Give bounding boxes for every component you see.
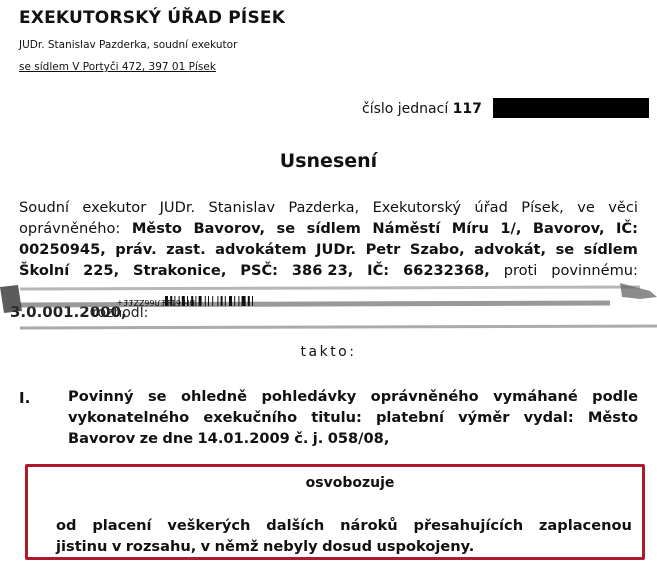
text-line: vykonatelnéhoexekučníhotitulu:platebnívý… [68, 407, 638, 428]
redaction-bar [493, 98, 649, 118]
text-line: odplaceníveškerýchdalšíchnárokůpřesahují… [56, 515, 632, 536]
office-name: EXEKUTORSKÝ ÚŘAD PÍSEK [19, 8, 285, 28]
text-line: oprávněného:MěstoBavorov,sesídlemNáměstí… [19, 218, 638, 239]
item-text: Povinnýseohledněpohledávkyoprávněnéhovym… [68, 386, 638, 449]
reference-number-visible: 117 [453, 101, 482, 117]
svg-text:BH 61££Л66ZZ££+: BH 61££Л66ZZ££+ [117, 298, 195, 307]
text-line: SoudníexekutorJUDr.StanislavPazderka,Exe… [19, 197, 638, 218]
highlight-verb: osvobozuje [28, 475, 642, 491]
redaction-scribble: 3.0.001.2000, rozhodl: BH 61££Л66ZZ££+ [0, 283, 657, 333]
reference-number: číslo jednací 117 [362, 101, 482, 117]
intro-paragraph: SoudníexekutorJUDr.StanislavPazderka,Exe… [19, 197, 638, 281]
document-title: Usnesení [0, 150, 657, 172]
text-line: Školní225,Strakonice,PSČ:386 23,IČ:66232… [19, 260, 638, 281]
highlight-box: osvobozuje odplaceníveškerýchdalšíchnáro… [25, 464, 645, 560]
highlight-text: odplaceníveškerýchdalšíchnárokůpřesahují… [56, 515, 632, 557]
executor-name: JUDr. Stanislav Pazderka, soudní exekuto… [19, 39, 237, 51]
reference-label: číslo jednací [362, 101, 448, 117]
item-numeral: I. [19, 389, 30, 407]
text-line: jistinuvrozsahu,vněmžnebylydosuduspokoje… [56, 536, 632, 557]
text-line: Bavorovzedne14.01.2009č.j.058/08, [68, 428, 638, 449]
text-line: Povinnýseohledněpohledávkyoprávněnéhovym… [68, 386, 638, 407]
decision-intro: takto: [0, 344, 657, 360]
text-line: 00250945,práv.zast.advokátemJUDr.PetrSza… [19, 239, 638, 260]
office-address: se sídlem V Portyči 472, 397 01 Písek [19, 61, 216, 73]
